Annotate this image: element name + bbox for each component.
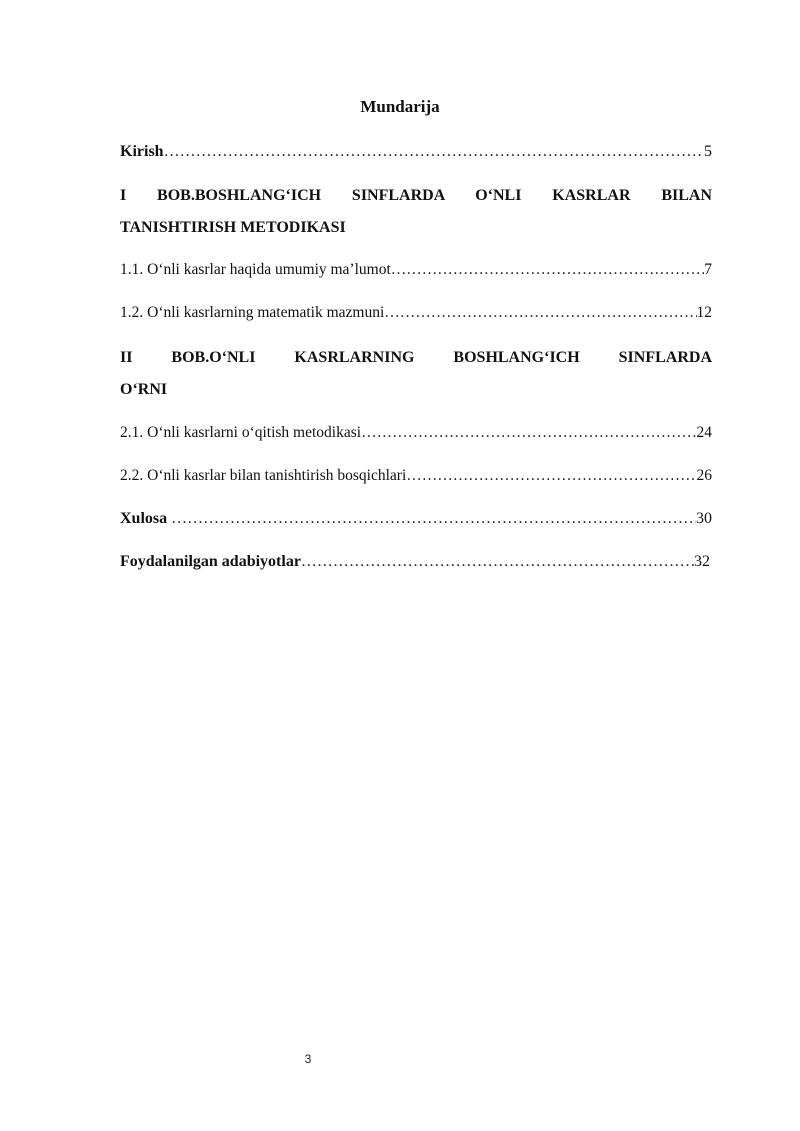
dot-leader: [171, 509, 696, 529]
toc-entry-conclusion[interactable]: Xulosa 30: [120, 509, 712, 529]
page-title: Mundarija: [0, 96, 800, 118]
toc-entry-label: 2.1. O‘nli kasrlarni o‘qitish metodikasi: [120, 423, 361, 443]
dot-leader: [164, 142, 704, 162]
toc-entry-label: 2.2. O‘nli kasrlar bilan tanishtirish bo…: [120, 466, 406, 486]
toc-entry-label: Foydalanilgan adabiyotlar: [120, 552, 301, 572]
toc-entry-2-2[interactable]: 2.2. O‘nli kasrlar bilan tanishtirish bo…: [120, 466, 712, 486]
toc-chapter-1-heading[interactable]: I BOB.BOSHLANG‘ICH SINFLARDA O‘NLI KASRL…: [120, 180, 712, 244]
toc-entry-page: 5: [704, 142, 712, 162]
chapter-heading-line: TANISHTIRISH METODIKASI: [120, 212, 712, 244]
page-number: 3: [300, 1052, 316, 1066]
dot-leader: [301, 552, 694, 572]
chapter-heading-line: O‘RNI: [120, 374, 712, 406]
toc-entry-references[interactable]: Foydalanilgan adabiyotlar 32: [120, 552, 710, 572]
toc-entry-page: 12: [697, 303, 713, 323]
toc-chapter-2-heading[interactable]: II BOB.O‘NLI KASRLARNING BOSHLANG‘ICH SI…: [120, 342, 712, 406]
dot-leader: [361, 423, 696, 443]
toc-entry-page: 7: [704, 260, 712, 280]
document-page: Mundarija Kirish 5 I BOB.BOSHLANG‘ICH SI…: [0, 0, 800, 1131]
toc-entry-label: 1.1. O‘nli kasrlar haqida umumiy ma’lumo…: [120, 260, 391, 280]
toc-entry-intro[interactable]: Kirish 5: [120, 142, 712, 162]
toc-entry-page: 30: [696, 509, 712, 529]
toc-entry-page: 32: [694, 552, 710, 572]
toc-entry-page: 24: [697, 423, 713, 443]
chapter-heading-line: II BOB.O‘NLI KASRLARNING BOSHLANG‘ICH SI…: [120, 342, 712, 374]
dot-leader: [391, 260, 704, 280]
dot-leader: [384, 303, 696, 323]
toc-entry-2-1[interactable]: 2.1. O‘nli kasrlarni o‘qitish metodikasi…: [120, 423, 712, 443]
toc-entry-label: Xulosa: [120, 509, 171, 529]
toc-entry-page: 26: [697, 466, 713, 486]
toc-entry-1-2[interactable]: 1.2. O‘nli kasrlarning matematik mazmuni…: [120, 303, 712, 323]
toc-entry-1-1[interactable]: 1.1. O‘nli kasrlar haqida umumiy ma’lumo…: [120, 260, 712, 280]
chapter-heading-line: I BOB.BOSHLANG‘ICH SINFLARDA O‘NLI KASRL…: [120, 180, 712, 212]
toc-entry-label: 1.2. O‘nli kasrlarning matematik mazmuni: [120, 303, 384, 323]
dot-leader: [406, 466, 696, 486]
toc-entry-label: Kirish: [120, 142, 164, 162]
